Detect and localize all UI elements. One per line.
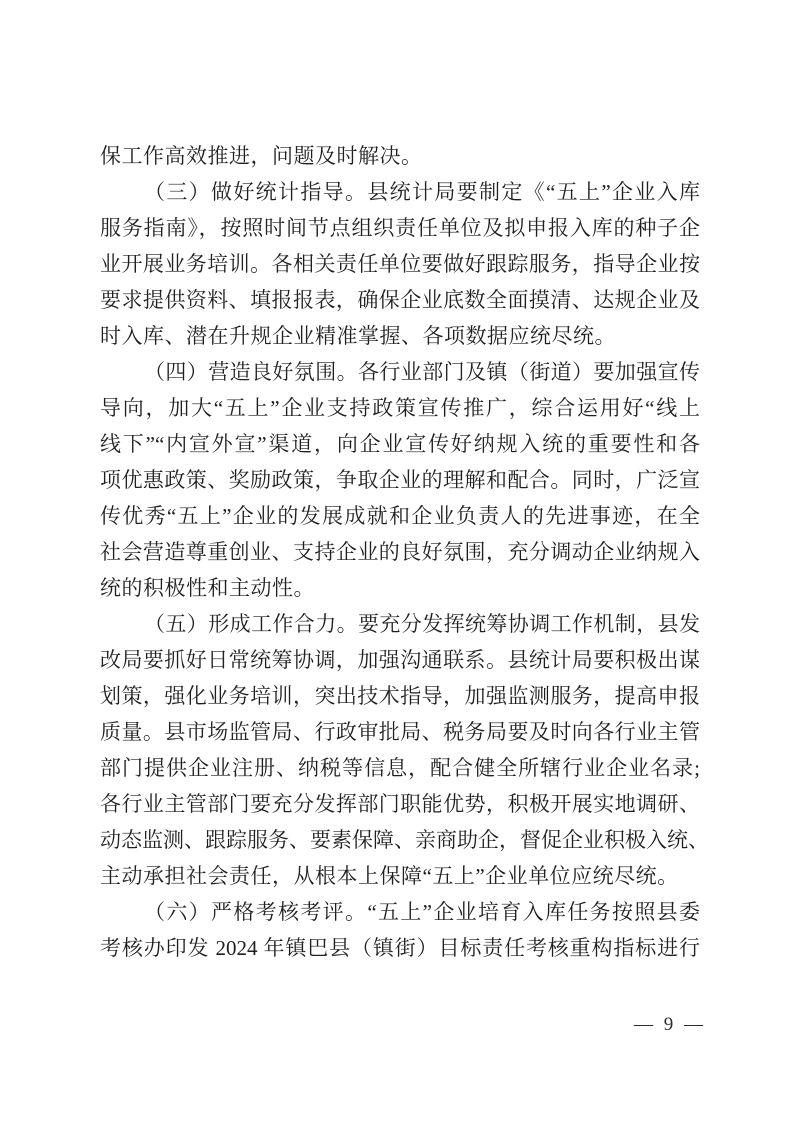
text-line: 要求提供资料、填报报表，确保企业底数全面摸清、达规企业及	[100, 282, 700, 318]
text-line: 社会营造尊重创业、支持企业的良好氛围，充分调动企业纳规入	[100, 534, 700, 570]
text-line: 质量。县市场监管局、行政审批局、税务局要及时向各行业主管	[100, 714, 700, 750]
text-line: 传优秀“五上”企业的发展成就和企业负责人的先进事迹，在全	[100, 498, 700, 534]
text-line: 动态监测、跟踪服务、要素保障、亲商助企，督促企业积极入统、	[100, 822, 700, 858]
text-line: 统的积极性和主动性。	[100, 570, 700, 606]
text-line: 考核办印发 2024 年镇巴县（镇街）目标责任考核重构指标进行	[100, 930, 700, 966]
text-line: 保工作高效推进，问题及时解决。	[100, 138, 700, 174]
text-line: 项优惠政策、奖励政策，争取企业的理解和配合。同时，广泛宣	[100, 462, 700, 498]
text-line: 时入库、潜在升规企业精准掌握、各项数据应统尽统。	[100, 318, 700, 354]
text-line: （四）营造良好氛围。各行业部门及镇（街道）要加强宣传	[100, 354, 700, 390]
page-number: — 9 —	[634, 1014, 706, 1036]
text-line: 改局要抓好日常统筹协调，加强沟通联系。县统计局要积极出谋	[100, 642, 700, 678]
text-line: 线下”“内宣外宣”渠道，向企业宣传好纳规入统的重要性和各	[100, 426, 700, 462]
document-page: 保工作高效推进，问题及时解决。（三）做好统计指导。县统计局要制定《“五上”企业入…	[0, 0, 793, 1122]
document-body: 保工作高效推进，问题及时解决。（三）做好统计指导。县统计局要制定《“五上”企业入…	[100, 138, 700, 966]
text-line: （五）形成工作合力。要充分发挥统筹协调工作机制，县发	[100, 606, 700, 642]
text-line: 划策，强化业务培训，突出技术指导，加强监测服务，提高申报	[100, 678, 700, 714]
text-line: 业开展业务培训。各相关责任单位要做好跟踪服务，指导企业按	[100, 246, 700, 282]
text-line: 各行业主管部门要充分发挥部门职能优势，积极开展实地调研、	[100, 786, 700, 822]
text-line: 部门提供企业注册、纳税等信息，配合健全所辖行业企业名录;	[100, 750, 700, 786]
text-line: 主动承担社会责任，从根本上保障“五上”企业单位应统尽统。	[100, 858, 700, 894]
text-line: 导向，加大“五上”企业支持政策宣传推广，综合运用好“线上	[100, 390, 700, 426]
text-line: 服务指南》，按照时间节点组织责任单位及拟申报入库的种子企	[100, 210, 700, 246]
text-line: （六）严格考核考评。“五上”企业培育入库任务按照县委	[100, 894, 700, 930]
text-line: （三）做好统计指导。县统计局要制定《“五上”企业入库	[100, 174, 700, 210]
